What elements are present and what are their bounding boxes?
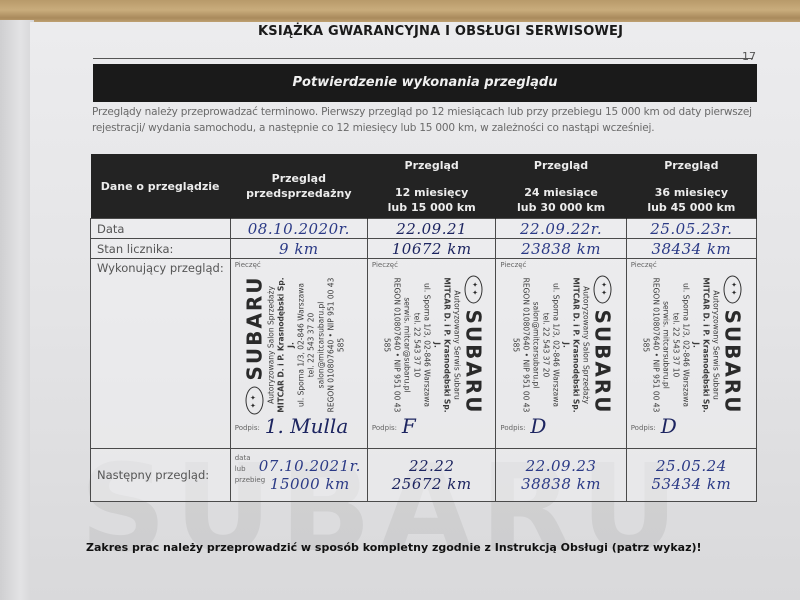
service-table: Dane o przeglądzie Przegląd przedsprzeda… (90, 154, 757, 502)
odometer-cell: 10672 km (367, 239, 495, 259)
subaru-stars-logo-icon: ✦✦ (245, 387, 263, 415)
next-service-mileage: 38838 km (521, 475, 601, 493)
table-row-performed-by: Wykonujący przegląd: Pieczęć ✦✦SUBARU Au… (91, 259, 757, 449)
next-service-mileage: 25672 km (392, 475, 472, 493)
odometer-cell: 9 km (230, 239, 367, 259)
signature: 1. Mulla (265, 414, 349, 438)
column-header-pre-sale: Przegląd przedsprzedażny (230, 154, 367, 219)
subaru-stars-logo-icon: ✦✦ (724, 275, 742, 303)
row-label-date: Data (91, 219, 231, 239)
date-cell: 08.10.2020r. (230, 219, 367, 239)
dealer-stamp: ✦✦SUBARU Autoryzowany Salon Sprzedaży MI… (502, 271, 620, 419)
stamp-cell: Pieczęć ✦✦SUBARU Autoryzowany Serwis Sub… (626, 259, 756, 449)
date-cell: 22.09.21 (367, 219, 495, 239)
odometer-cell: 23838 km (496, 239, 626, 259)
next-service-cell: 22.09.23 38838 km (496, 449, 626, 502)
row-label-odometer: Stan licznika: (91, 239, 231, 259)
table-row-date: Data 08.10.2020r. 22.09.21 22.09.22r. 25… (91, 219, 757, 239)
odometer-cell: 38434 km (626, 239, 756, 259)
service-stamp: ✦✦SUBARU Autoryzowany Serwis Subaru MITC… (374, 271, 492, 419)
signature-area: Podpis: D (500, 414, 621, 444)
stamp-cell: Pieczęć ✦✦SUBARU Autoryzowany Salon Sprz… (496, 259, 626, 449)
subaru-stars-logo-icon: ✦✦ (465, 275, 483, 303)
signature-area: Podpis: D (631, 414, 752, 444)
next-service-cell: data lub przebieg 07.10.2021r. 15000 km (230, 449, 367, 502)
column-header-36-months: Przegląd 36 miesięcy lub 45 000 km (626, 154, 756, 219)
column-header-12-months: Przegląd 12 miesięcy lub 15 000 km (367, 154, 495, 219)
next-service-date: 07.10.2021r. (259, 457, 361, 475)
next-service-date: 22.09.23 (526, 457, 597, 475)
booklet-title: KSIĄŻKA GWARANCYJNA I OBSŁUGI SERWISOWEJ (258, 24, 623, 39)
row-label-next-service: Następny przegląd: (91, 449, 231, 502)
next-service-mileage: 53434 km (651, 475, 731, 493)
stamp-cell: Pieczęć ✦✦SUBARU Autoryzowany Salon Sprz… (230, 259, 367, 449)
table-header-row: Dane o przeglądzie Przegląd przedsprzeda… (91, 154, 757, 219)
section-banner: Potwierdzenie wykonania przeglądu (93, 64, 757, 102)
signature: F (402, 414, 416, 438)
header-divider (93, 58, 753, 59)
table-row-odometer: Stan licznika: 9 km 10672 km 23838 km 38… (91, 239, 757, 259)
column-header-24-months: Przegląd 24 miesiące lub 30 000 km (496, 154, 626, 219)
signature-area: Podpis: 1. Mulla (235, 414, 363, 444)
table-row-next-service: Następny przegląd: data lub przebieg 07.… (91, 449, 757, 502)
next-service-field-labels: data lub przebieg (235, 453, 265, 486)
signature-area: Podpis: F (372, 414, 491, 444)
next-service-cell: 25.05.24 53434 km (626, 449, 756, 502)
subaru-stars-logo-icon: ✦✦ (594, 275, 612, 303)
next-service-cell: 22.22 25672 km (367, 449, 495, 502)
date-cell: 22.09.22r. (496, 219, 626, 239)
row-label-performed-by: Wykonujący przegląd: (91, 259, 231, 449)
next-service-mileage: 15000 km (270, 475, 350, 493)
column-header-data: Dane o przeglądzie (91, 154, 231, 219)
next-service-date: 22.22 (409, 457, 454, 475)
signature: D (530, 414, 546, 438)
page-number: 17 (742, 50, 756, 63)
facing-page-edge (0, 20, 34, 600)
next-service-date: 25.05.24 (656, 457, 727, 475)
date-cell: 25.05.23r. (626, 219, 756, 239)
stamp-cell: Pieczęć ✦✦SUBARU Autoryzowany Serwis Sub… (367, 259, 495, 449)
signature: D (661, 414, 677, 438)
intro-paragraph: Przeglądy należy przeprowadzać terminowo… (92, 104, 772, 136)
footer-note: Zakres prac należy przeprowadzić w sposó… (86, 541, 702, 554)
service-stamp: ✦✦SUBARU Autoryzowany Serwis Subaru MITC… (633, 271, 751, 419)
dealer-stamp: ✦✦SUBARU Autoryzowany Salon Sprzedaży MI… (237, 271, 355, 419)
